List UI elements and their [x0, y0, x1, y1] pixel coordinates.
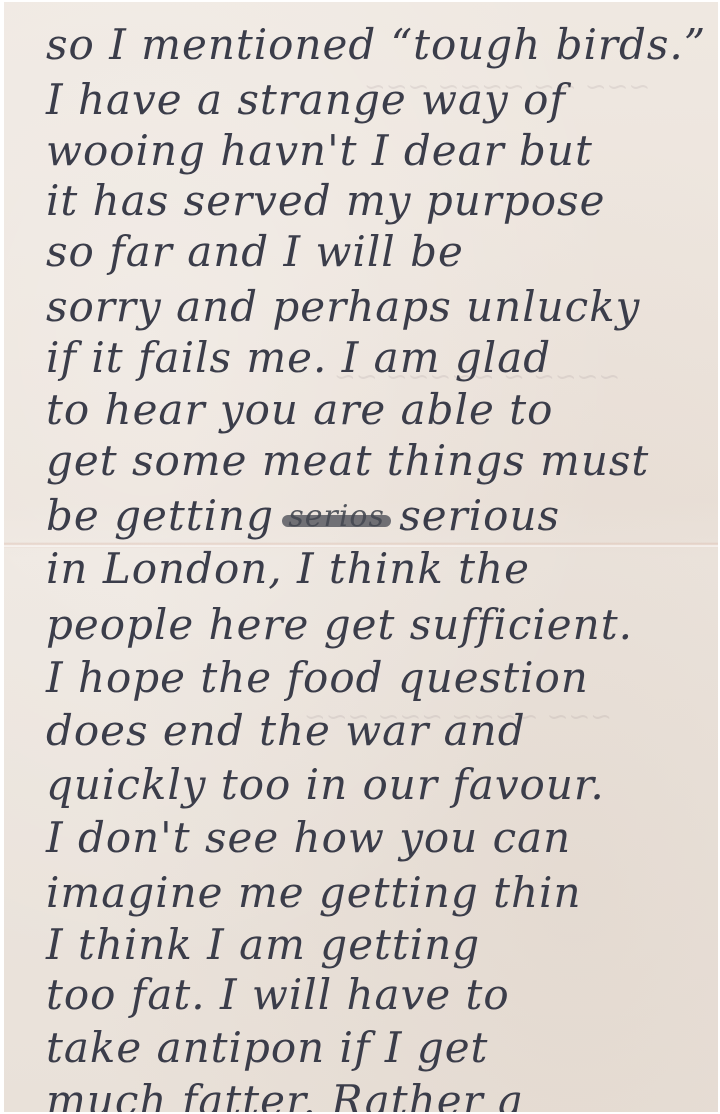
letter-line-11: in London, I think the — [46, 548, 530, 590]
letter-line-2: I have a strange way of — [46, 79, 566, 121]
letter-line-12: people here get sufficient. — [46, 604, 633, 646]
letter-line-10-start: be getting — [46, 491, 274, 540]
letter-line-17: imagine me getting thin — [46, 872, 582, 914]
letter-page: ~~~ ~~ ~~~~ ~~~ ~~~~ ~ ~~~~~ ~~ ~~~ ~~~~… — [4, 2, 718, 1112]
letter-line-7: if it fails me. I am glad — [46, 337, 551, 379]
letter-line-4: it has served my purpose — [46, 180, 605, 222]
letter-line-15: quickly too in our favour. — [46, 764, 605, 806]
letter-line-3: wooing havn't I dear but — [46, 130, 593, 172]
letter-line-10-end: serious — [399, 491, 560, 540]
letter-line-21: much fatter. Rather a — [46, 1080, 524, 1112]
letter-line-18: I think I am getting — [46, 924, 480, 966]
letter-line-6: sorry and perhaps unlucky — [46, 286, 640, 328]
letter-line-8: to hear you are able to — [46, 389, 553, 431]
struck-out-word: serios — [288, 502, 385, 532]
letter-line-9: get some meat things must — [46, 440, 649, 482]
letter-line-13: I hope the food question — [46, 657, 589, 699]
letter-line-14: does end the war and — [46, 710, 526, 752]
letter-line-19: too fat. I will have to — [46, 974, 510, 1016]
letter-line-10: be getting serios serious — [46, 495, 560, 537]
letter-line-20: take antipon if I get — [46, 1027, 488, 1069]
letter-line-16: I don't see how you can — [46, 817, 571, 859]
letter-line-5: so far and I will be — [46, 231, 464, 273]
letter-line-1: so I mentioned “tough birds.” — [46, 24, 706, 66]
